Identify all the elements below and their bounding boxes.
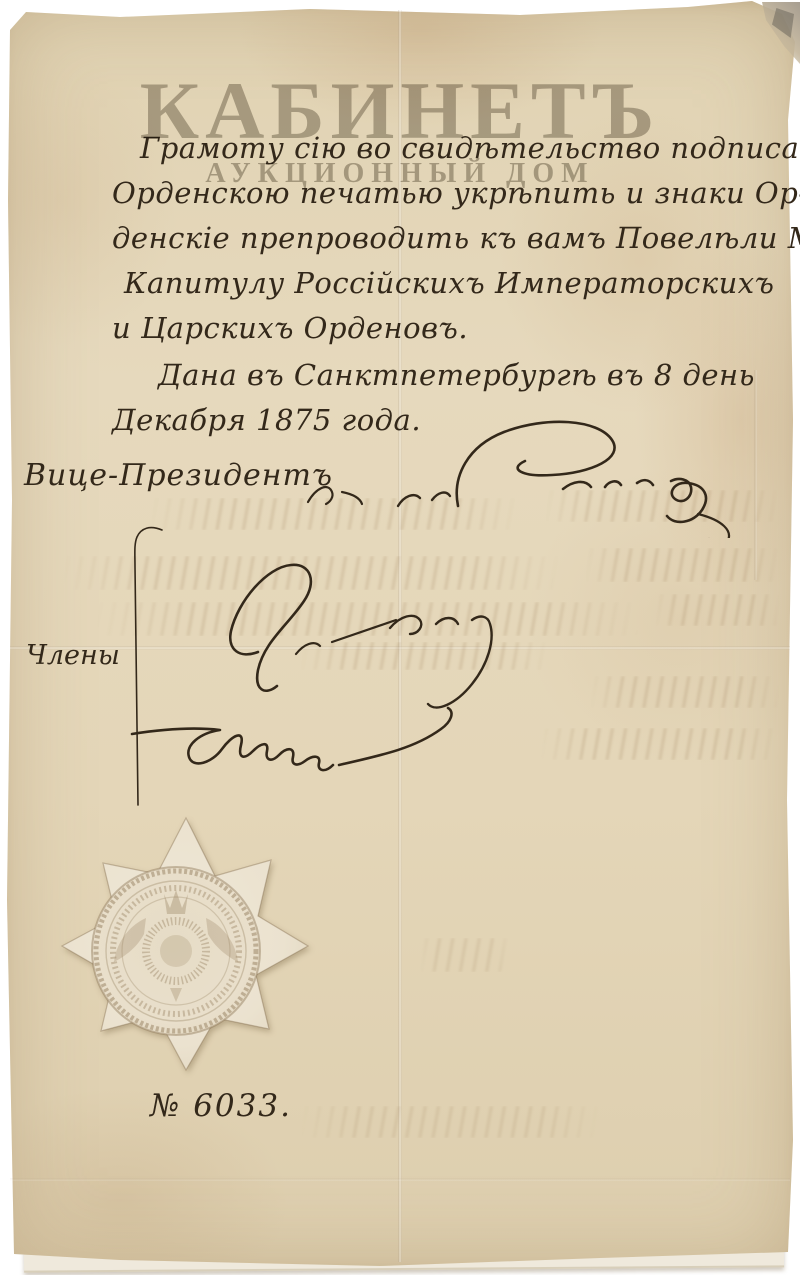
members-label: Члены: [26, 640, 120, 671]
manuscript-line: Орденскою печатью укрѣпить и знаки Ор-: [112, 171, 732, 216]
corner-fold-flap: [744, 0, 800, 80]
manuscript-line: и Царскихъ Орденовъ.: [112, 306, 732, 351]
vice-president-signature: [300, 418, 790, 538]
ink-bleedthrough: [540, 728, 780, 760]
torn-corner: [744, 0, 800, 80]
vice-president-label: Вице-Президентъ: [24, 458, 333, 493]
manuscript-body: Грамоту сію во свидѣтельство подписать, …: [112, 126, 732, 443]
manuscript-line-date: Дана въ Санктпетербургѣ въ 8 день: [112, 353, 732, 398]
manuscript-line: Грамоту сію во свидѣтельство подписать,: [112, 126, 732, 171]
ink-bleedthrough: [590, 676, 780, 708]
ink-bleedthrough: [585, 548, 780, 582]
lower-fold-crease: [10, 1178, 790, 1181]
ink-bleedthrough: [300, 1106, 600, 1138]
embossed-star-seal: [52, 798, 324, 1094]
manuscript-line: денскіе препроводить къ вамъ Повелѣли Мы: [112, 216, 732, 261]
seal-embossing: [92, 867, 260, 1035]
ink-bleedthrough: [655, 594, 780, 626]
document-number: № 6033.: [150, 1088, 292, 1124]
scanned-document-photo: КАБИНЕТЪ АУКЦИОННЫЙ ДОМ Грамоту сію во с…: [0, 0, 800, 1275]
manuscript-line: Капитулу Россійскихъ Императорскихъ: [112, 261, 732, 306]
ink-bleedthrough: [420, 938, 510, 972]
member-signature-2: [128, 672, 538, 787]
